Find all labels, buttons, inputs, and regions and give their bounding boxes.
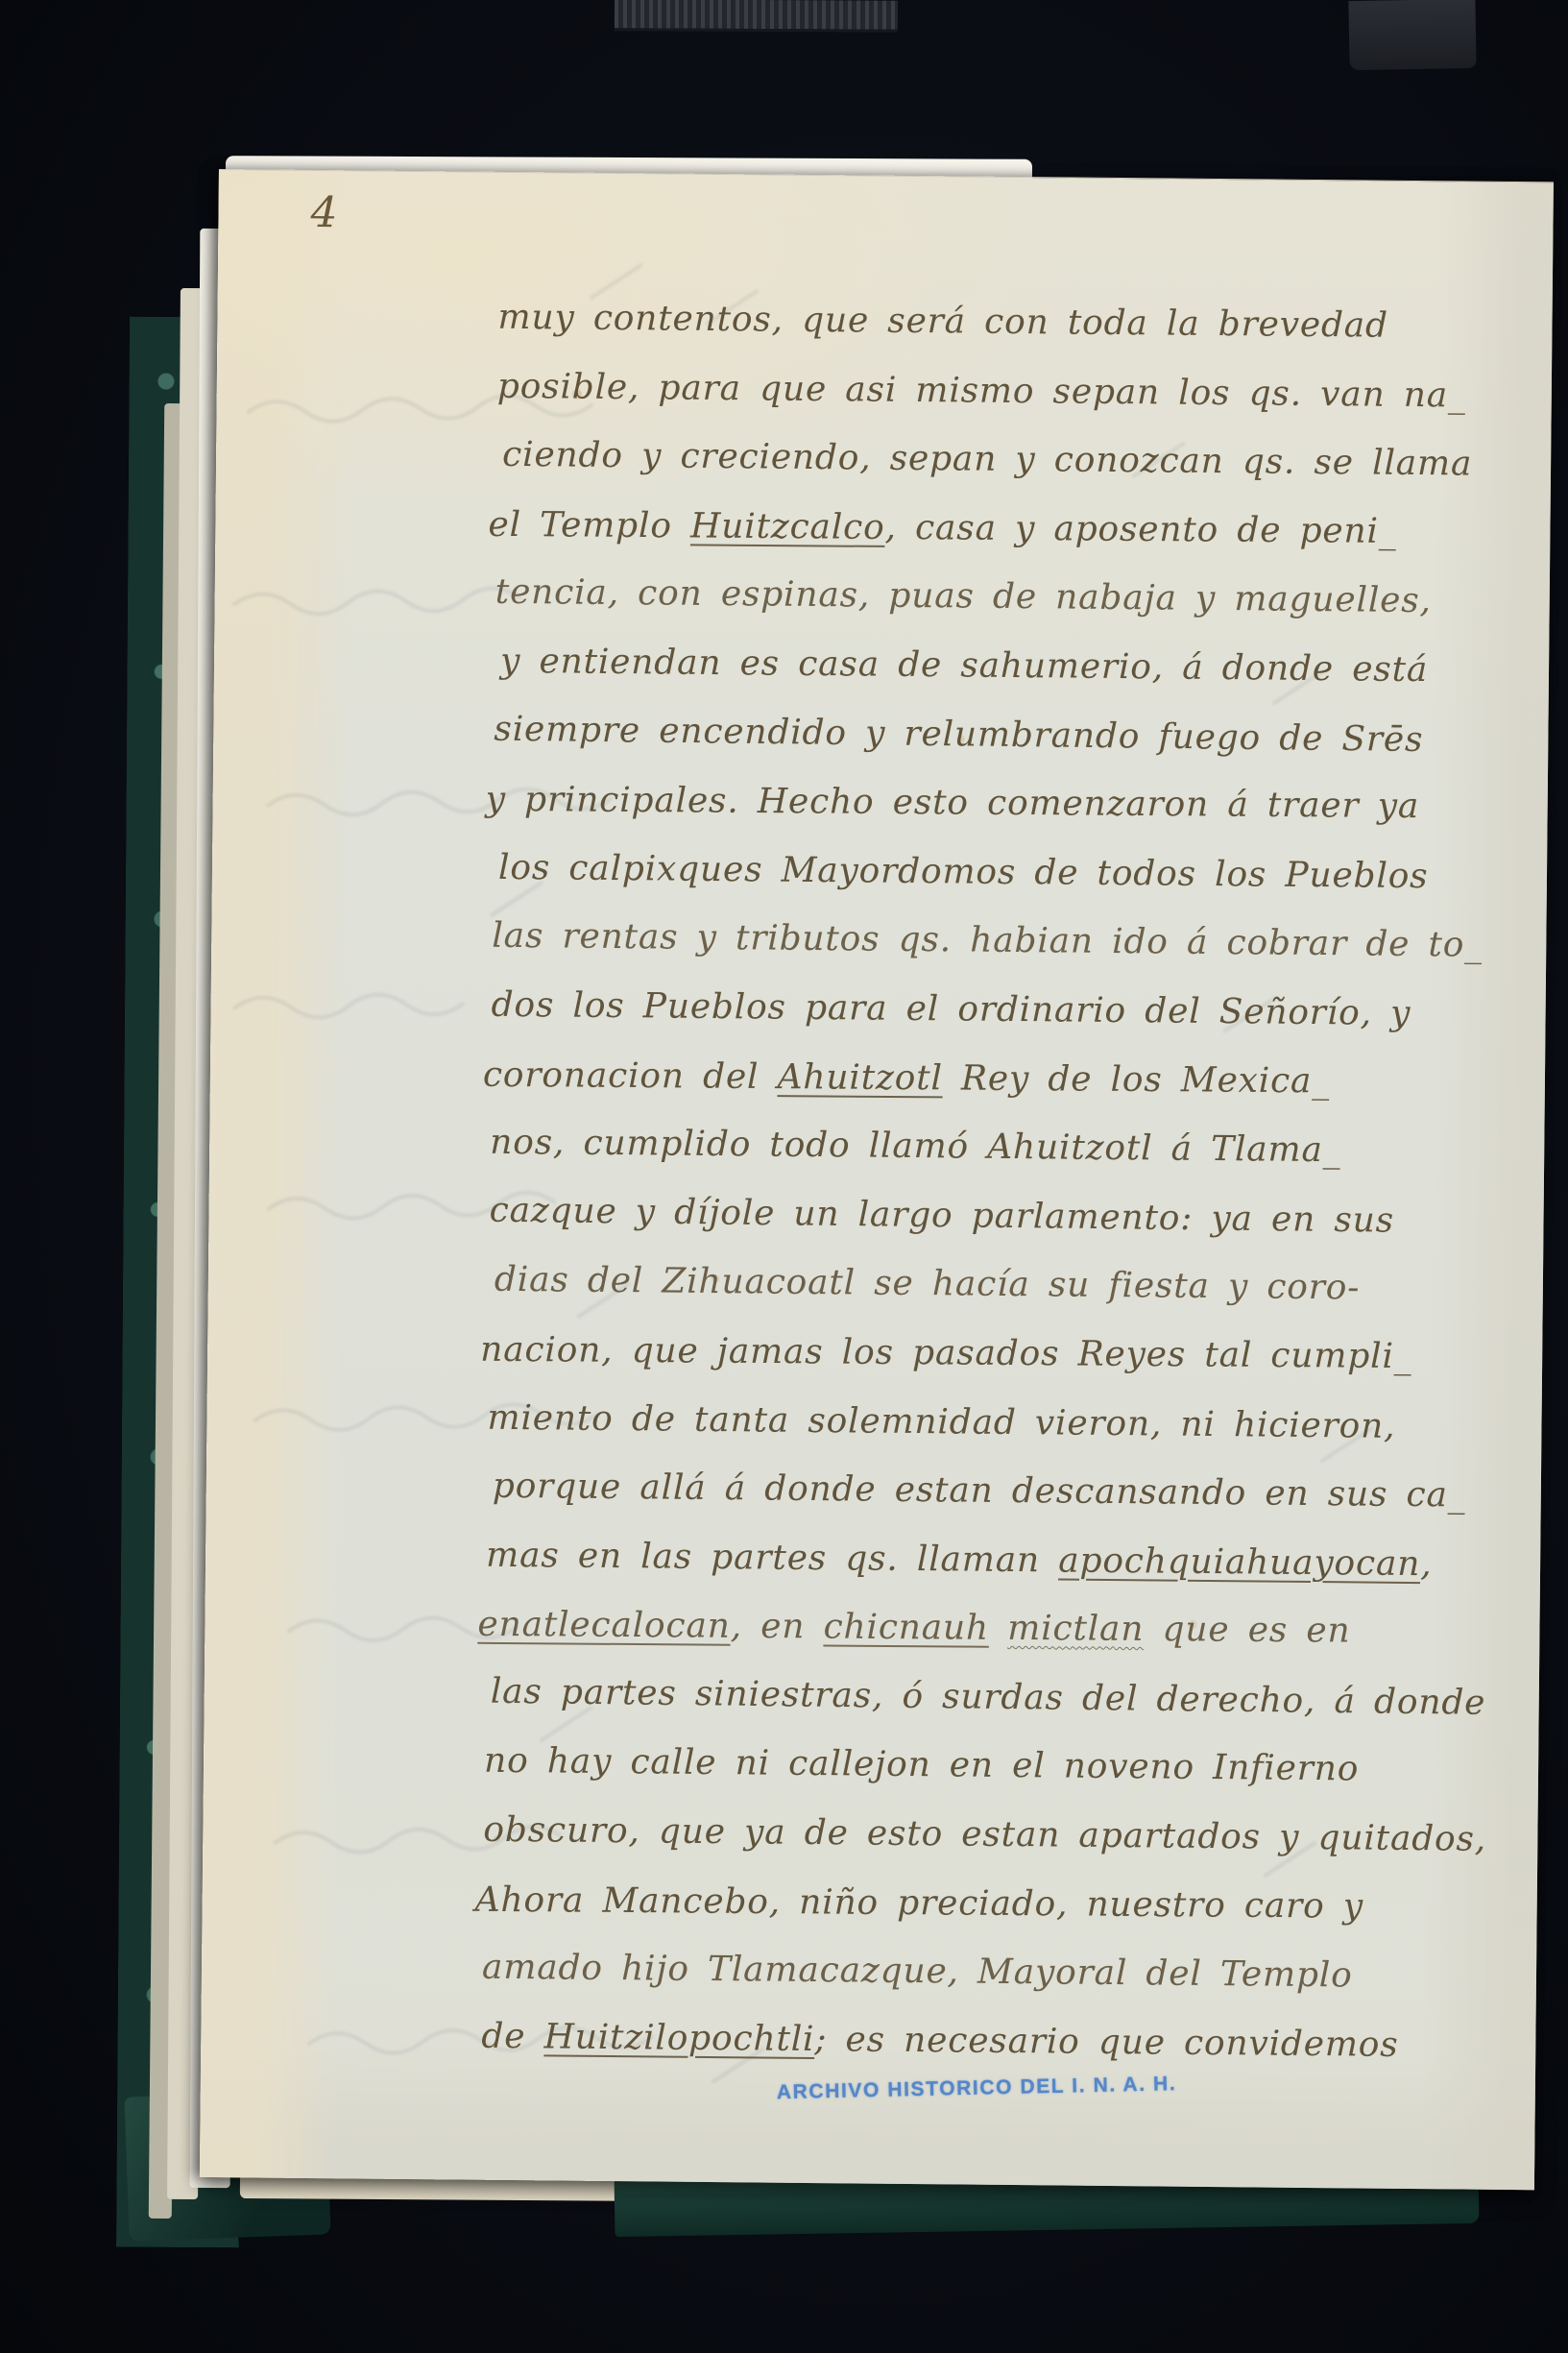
- handwritten-text: muy contentos, que será con toda la brev…: [497, 298, 1388, 346]
- handwritten-text: nacion, que jamas los pasados Reyes tal …: [480, 1330, 1412, 1376]
- handwritten-text: y principales. Hecho esto comenzaron á t…: [486, 780, 1420, 826]
- handwritten-text: las partes siniestras, ó surdas del dere…: [491, 1672, 1486, 1723]
- handwritten-text: ,: [1420, 1544, 1433, 1584]
- manuscript-line: las partes siniestras, ó surdas del dere…: [490, 1670, 1503, 1751]
- handwritten-text: amado hijo Tlamacazque, Mayoral del Temp…: [482, 1948, 1353, 1996]
- handwritten-text: coronacion del: [483, 1055, 778, 1096]
- manuscript-line: coronacion del Ahuitzotl Rey de los Mexi…: [483, 1053, 1509, 1129]
- manuscript-line: Ahora Mancebo, niño preciado, nuestro ca…: [474, 1878, 1501, 1954]
- handwritten-text: dias del Zihuacoatl se hacía su fiesta y…: [495, 1260, 1361, 1308]
- handwritten-text: Rey de los Mexica_: [943, 1058, 1331, 1101]
- manuscript-line: porque allá á donde estan descansando en…: [492, 1465, 1505, 1543]
- manuscript-line: muy contentos, que será con toda la brev…: [497, 296, 1516, 375]
- underlined-nahuatl-term: chicnauh: [823, 1608, 989, 1648]
- manuscript-line: cazque y díjole un largo parlamento: ya …: [489, 1188, 1508, 1269]
- underlined-nahuatl-term: enatlecalocan: [477, 1605, 731, 1646]
- handwritten-text: de: [481, 2017, 544, 2057]
- handwritten-text: las rentas y tributos qs. habian ido á c…: [492, 916, 1483, 965]
- manuscript-line: las rentas y tributos qs. habian ido á c…: [492, 914, 1510, 993]
- manuscript-line: y entiendan es casa de sahumerio, á dond…: [500, 640, 1513, 718]
- photo-backdrop: 4 muy contentos, que será con toda la br…: [0, 0, 1568, 2353]
- manuscript-line: los calpixques Mayordomos de todos los P…: [498, 846, 1511, 925]
- handwritten-text: ; es necesario que convidemos: [814, 2020, 1399, 2065]
- handwritten-text: tencia, con espinas, puas de nabaja y ma…: [495, 572, 1432, 620]
- manuscript-page: 4 muy contentos, que será con toda la br…: [200, 169, 1554, 2190]
- manuscript-line: amado hijo Tlamacazque, Mayoral del Temp…: [482, 1946, 1501, 2025]
- manuscript-line: miento de tanta solemnidad vieron, ni hi…: [487, 1395, 1506, 1474]
- handwritten-text: miento de tanta solemnidad vieron, ni hi…: [487, 1397, 1395, 1445]
- handwritten-text: mas en las partes qs. llaman: [486, 1535, 1058, 1580]
- handwritten-text: , casa y aposento de peni_: [884, 508, 1396, 551]
- manuscript-line: nos, cumplido todo llamó Ahuitzotl á Tla…: [490, 1121, 1508, 1200]
- manuscript-line: tencia, con espinas, puas de nabaja y ma…: [495, 570, 1513, 649]
- manuscript-line: y principales. Hecho esto comenzaron á t…: [485, 778, 1511, 855]
- ribbed-strap: [615, 0, 898, 33]
- underlined-nahuatl-term: Huitzcalco: [690, 506, 885, 547]
- page-number: 4: [310, 188, 337, 237]
- handwritten-text: los calpixques Mayordomos de todos los P…: [498, 848, 1429, 896]
- manuscript-line: enatlecalocan, en chicnauh mictlan que e…: [477, 1603, 1504, 1680]
- manuscript-line: dos los Pueblos para el ordinario del Se…: [491, 983, 1509, 1062]
- underlined-nahuatl-term: Ahuitzotl: [777, 1057, 942, 1098]
- handwritten-text: obscuro, que ya de esto estan apartados …: [483, 1810, 1486, 1859]
- handwritten-text: , en: [731, 1607, 824, 1647]
- handwritten-text: porque allá á donde estan descansando en…: [493, 1467, 1466, 1516]
- handwritten-text: ciendo y creciendo, sepan y conozcan qs.…: [502, 435, 1472, 484]
- manuscript-line: dias del Zihuacoatl se hacía su fiesta y…: [494, 1258, 1507, 1337]
- handwritten-text: no hay calle ni callejon en el noveno In…: [484, 1741, 1359, 1789]
- manuscript-line: posible, para que asi mismo sepan los qs…: [496, 364, 1515, 443]
- handwritten-text: nos, cumplido todo llamó Ahuitzotl á Tla…: [490, 1123, 1341, 1171]
- underlined-nahuatl-term: apochquiahuayocan: [1058, 1540, 1420, 1584]
- manuscript-line: mas en las partes qs. llaman apochquiahu…: [486, 1533, 1505, 1612]
- text-block: muy contentos, que será con toda la brev…: [481, 296, 1516, 2094]
- handwritten-text: Ahora Mancebo, niño preciado, nuestro ca…: [475, 1880, 1364, 1926]
- handwritten-text: siempre encendido y relumbrando fuego de…: [494, 709, 1423, 759]
- handwritten-text: cazque y díjole un largo parlamento: ya …: [489, 1190, 1394, 1240]
- underlined-nahuatl-term: Huitzilopochtli: [543, 2017, 814, 2059]
- manuscript-line: obscuro, que ya de esto estan apartados …: [483, 1808, 1502, 1887]
- manuscript-line: no hay calle ni callejon en el noveno In…: [484, 1739, 1503, 1818]
- manuscript-line: siempre encendido y relumbrando fuego de…: [494, 707, 1512, 788]
- underlined-nahuatl-term: mictlan: [1007, 1609, 1144, 1649]
- handwritten-text: que es en: [1144, 1610, 1350, 1651]
- handwritten-text: [989, 1609, 1008, 1648]
- scanner-cradle-patch: [1348, 0, 1476, 70]
- manuscript-line: ciendo y creciendo, sepan y conozcan qs.…: [502, 433, 1515, 512]
- handwritten-text: el Templo: [488, 505, 690, 546]
- manuscript-line: nacion, que jamas los pasados Reyes tal …: [480, 1328, 1507, 1405]
- handwritten-text: dos los Pueblos para el ordinario del Se…: [491, 985, 1411, 1033]
- manuscript-line: el Templo Huitzcalco, casa y aposento de…: [488, 503, 1514, 580]
- handwritten-text: posible, para que asi mismo sepan los qs…: [497, 366, 1466, 415]
- handwritten-text: y entiendan es casa de sahumerio, á dond…: [500, 642, 1428, 690]
